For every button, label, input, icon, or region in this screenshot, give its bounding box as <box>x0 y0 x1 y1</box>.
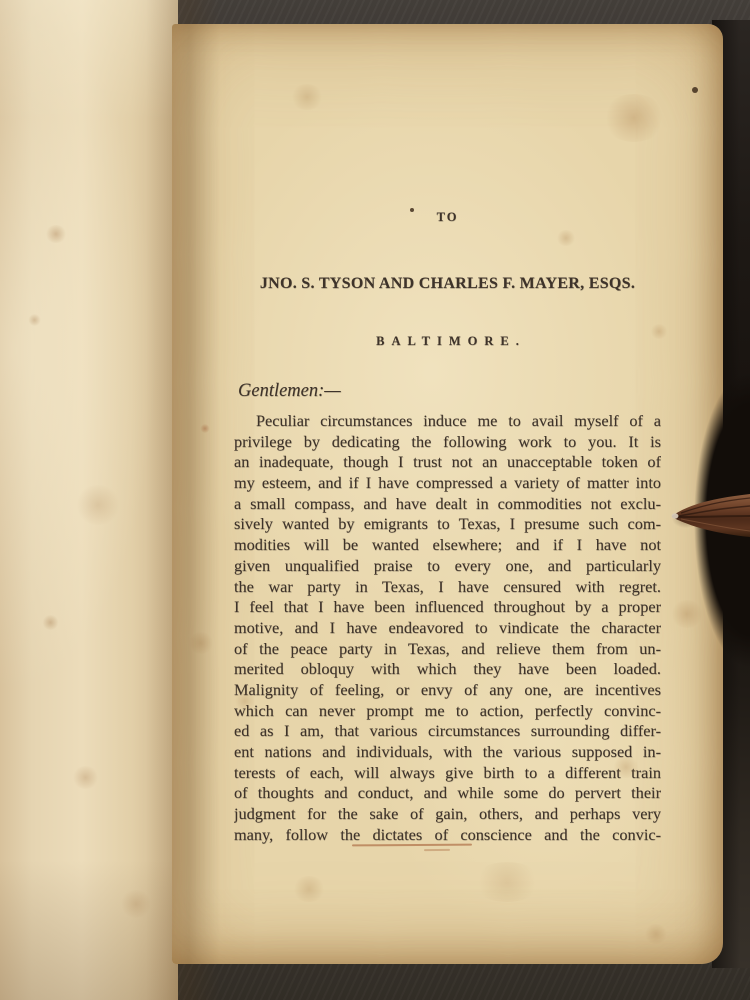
body-text-line: given unqualified praise to every one, a… <box>234 556 661 577</box>
foxing-stain <box>200 424 210 433</box>
foxing-stain <box>72 766 99 789</box>
marker-ridge <box>677 516 750 517</box>
foxing-stain <box>188 632 214 654</box>
dedication-body: Peculiar circumstances induce me to avai… <box>234 411 661 845</box>
body-text-line: which can never prompt me to action, per… <box>234 701 661 722</box>
body-text-line: many, follow the dictates of conscience … <box>234 825 661 846</box>
foxing-stain <box>75 485 121 525</box>
body-text-line: privilege by dedicating the following wo… <box>234 432 661 453</box>
page-marker-pen <box>671 490 750 540</box>
left-page-edge <box>0 0 178 1000</box>
body-text-line: I feel that I have been influenced throu… <box>234 597 661 618</box>
body-text-line: the war party in Texas, I have censured … <box>234 577 661 598</box>
body-text-line: of the peace party in Texas, and relieve… <box>234 639 661 660</box>
body-text-line: sively wanted by emigrants to Texas, I p… <box>234 514 661 535</box>
body-text-line: of thoughts and conduct, and while some … <box>234 783 661 804</box>
book-photo-scene: TO JNO. S. TYSON AND CHARLES F. MAYER, E… <box>0 0 750 1000</box>
dedication-text-block: TO JNO. S. TYSON AND CHARLES F. MAYER, E… <box>234 24 661 964</box>
body-text-line: terests of each, will always give birth … <box>234 763 661 784</box>
foxing-stain <box>28 314 41 326</box>
foxing-stain <box>42 615 59 630</box>
book-page: TO JNO. S. TYSON AND CHARLES F. MAYER, E… <box>172 24 723 964</box>
body-text-line: Malignity of feeling, or envy of any one… <box>234 680 661 701</box>
body-text-line: ent nations and individuals, with the va… <box>234 742 661 763</box>
foxing-stain <box>45 225 67 243</box>
foxing-stain <box>120 890 152 918</box>
marker-tip-highlight <box>672 513 679 518</box>
dedicatees-names: JNO. S. TYSON AND CHARLES F. MAYER, ESQS… <box>234 275 661 293</box>
dedication-to-heading: TO <box>234 210 661 225</box>
body-text-line: motive, and I have endeavored to vindica… <box>234 618 661 639</box>
body-text-line: an inadequate, though I trust not an una… <box>234 452 661 473</box>
body-text-line: Peculiar circumstances induce me to avai… <box>234 411 661 432</box>
body-text-line: a small compass, and have dealt in commo… <box>234 494 661 515</box>
body-text-line: merited obloquy with which they have bee… <box>234 659 661 680</box>
body-text-line: my esteem, and if I have compressed a va… <box>234 473 661 494</box>
salutation: Gentlemen:— <box>238 381 341 402</box>
dedication-city: BALTIMORE. <box>234 334 661 349</box>
body-text-line: modities will be wanted elsewhere; and i… <box>234 535 661 556</box>
body-text-line: judgment for the sake of gain, others, a… <box>234 804 661 825</box>
body-text-line: ed as I am, that various circumstances s… <box>234 721 661 742</box>
ink-speck <box>692 87 698 93</box>
